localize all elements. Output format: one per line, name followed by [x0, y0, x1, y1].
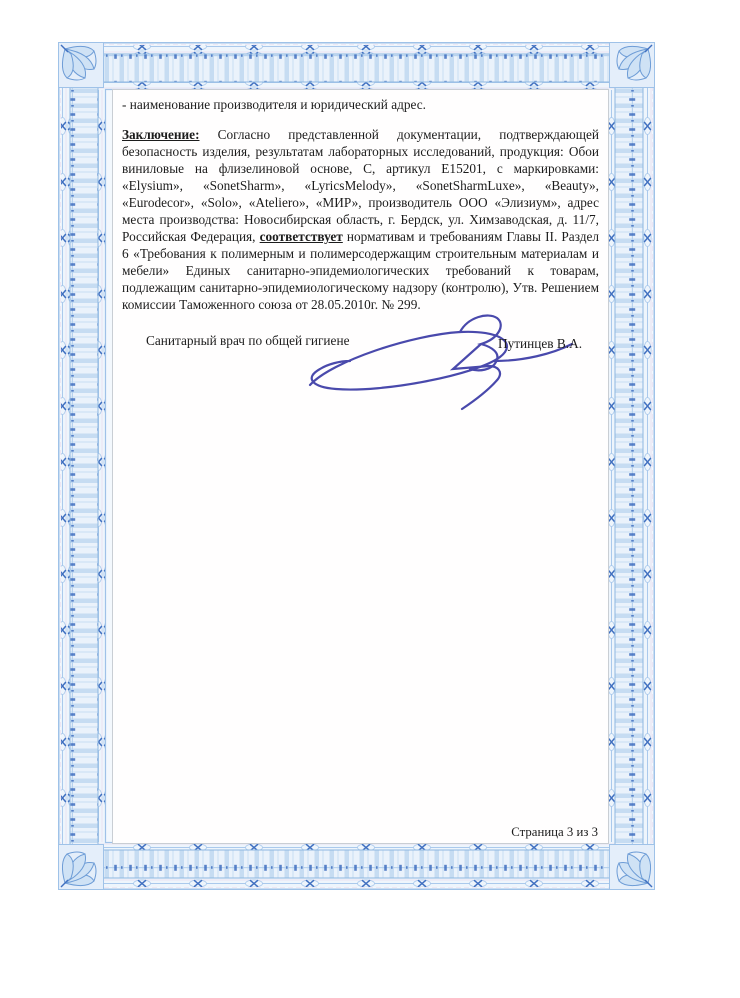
page-number: Страница 3 из 3	[511, 825, 598, 840]
corner-ornament-top-right-icon	[609, 42, 655, 88]
signature-row: Санитарный врач по общей гигиене Путинце…	[122, 333, 599, 443]
conclusion-text-before: Согласно представленной документации, по…	[122, 127, 599, 244]
conclusion-paragraph: Заключение: Согласно представленной доку…	[122, 126, 599, 313]
conclusion-label: Заключение:	[122, 127, 200, 142]
conclusion-emphasis: соответствует	[260, 229, 343, 244]
corner-ornament-top-left-icon	[58, 42, 104, 88]
signer-name: Путинцев В.А.	[498, 336, 582, 352]
corner-ornament-bottom-left-icon	[58, 844, 104, 890]
handwritten-signature	[290, 309, 580, 413]
manufacturer-line: - наименование производителя и юридическ…	[122, 96, 599, 113]
corner-ornament-bottom-right-icon	[609, 844, 655, 890]
content-area: - наименование производителя и юридическ…	[112, 89, 609, 844]
certificate-page: - наименование производителя и юридическ…	[0, 0, 740, 998]
